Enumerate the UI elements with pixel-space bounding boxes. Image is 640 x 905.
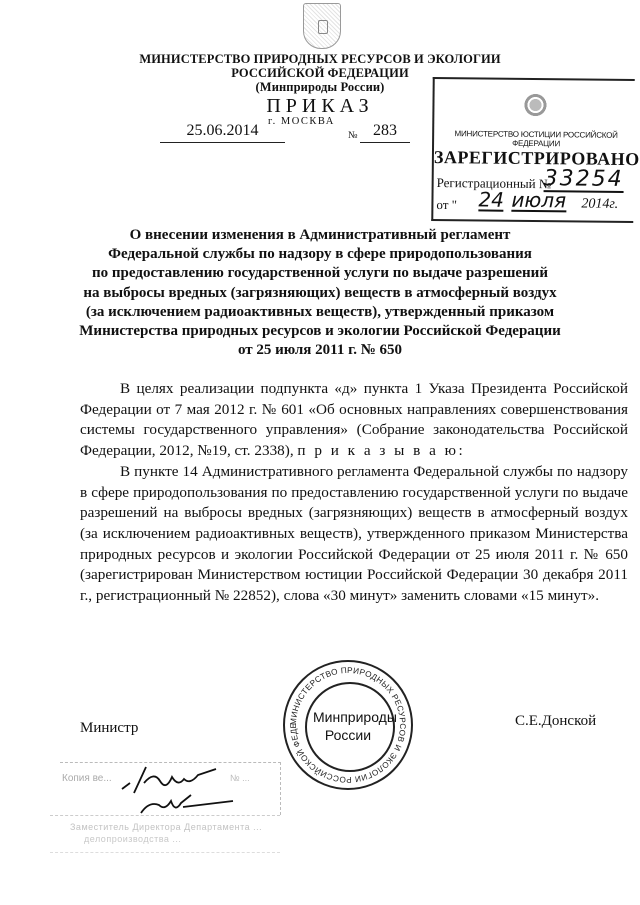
document-title: О внесении изменения в Административный … [70, 226, 570, 360]
registration-date-month: июля [511, 190, 566, 213]
title-line: Федеральной службы по надзору в сфере пр… [70, 245, 570, 264]
copy-label: Копия ве... [62, 773, 112, 784]
title-line: О внесении изменения в Административный … [70, 226, 570, 245]
registration-authority: МИНИСТЕРСТВО ЮСТИЦИИ РОССИЙСКОЙ ФЕДЕРАЦИ… [436, 129, 636, 149]
document-type: ПРИКАЗ [220, 95, 420, 118]
faded-line-1: Заместитель Директора Департамента ... [70, 822, 262, 832]
coat-of-arms-icon [303, 3, 341, 49]
title-line: от 25 июля 2011 г. № 650 [70, 341, 570, 360]
seal-center-text: Минприроды России [313, 708, 383, 744]
seal-center-line1: Минприроды [313, 708, 383, 726]
registration-date-label: от " [436, 197, 457, 213]
order-number: 283 [360, 122, 410, 143]
registration-stamp: МИНИСТЕРСТВО ЮСТИЦИИ РОССИЙСКОЙ ФЕДЕРАЦИ… [431, 77, 634, 223]
title-line: Министерства природных ресурсов и эколог… [70, 322, 570, 341]
official-seal: МИНИСТЕРСТВО ПРИРОДНЫХ РЕСУРСОВ И ЭКОЛОГ… [283, 660, 413, 790]
ministry-name-line1: МИНИСТЕРСТВО ПРИРОДНЫХ РЕСУРСОВ И ЭКОЛОГ… [120, 52, 520, 66]
title-line: на выбросы вредных (загрязняющих) вещест… [70, 284, 570, 303]
seal-center-line2: России [313, 726, 383, 744]
seal-inner-circle: Минприроды России [305, 682, 395, 772]
faded-copy-details: Заместитель Директора Департамента ... д… [50, 815, 280, 853]
paragraph-order: В пункте 14 Административного регламента… [80, 462, 628, 607]
signer-name: С.Е.Донской [515, 713, 596, 730]
title-line: (за исключением радиоактивных веществ), … [70, 303, 570, 322]
double-headed-eagle-icon [522, 90, 548, 120]
order-word: п р и к а з ы в а ю: [297, 442, 465, 459]
title-line: по предоставлению государственной услуги… [70, 264, 570, 283]
faded-line-2: делопроизводства ... [84, 834, 181, 844]
number-sign: № [348, 130, 358, 141]
copy-number: № ... [230, 773, 250, 783]
document-body: В целях реализации подпункта «д» пункта … [80, 379, 628, 607]
signer-position: Министр [80, 720, 138, 737]
paragraph-preamble: В целях реализации подпункта «д» пункта … [80, 379, 628, 462]
order-date: 25.06.2014 [160, 122, 285, 143]
copy-certification-stamp: Копия ве... № ... [60, 762, 281, 815]
registration-date-year: 2014г. [581, 197, 618, 213]
registration-date-day: 24 [478, 189, 504, 211]
